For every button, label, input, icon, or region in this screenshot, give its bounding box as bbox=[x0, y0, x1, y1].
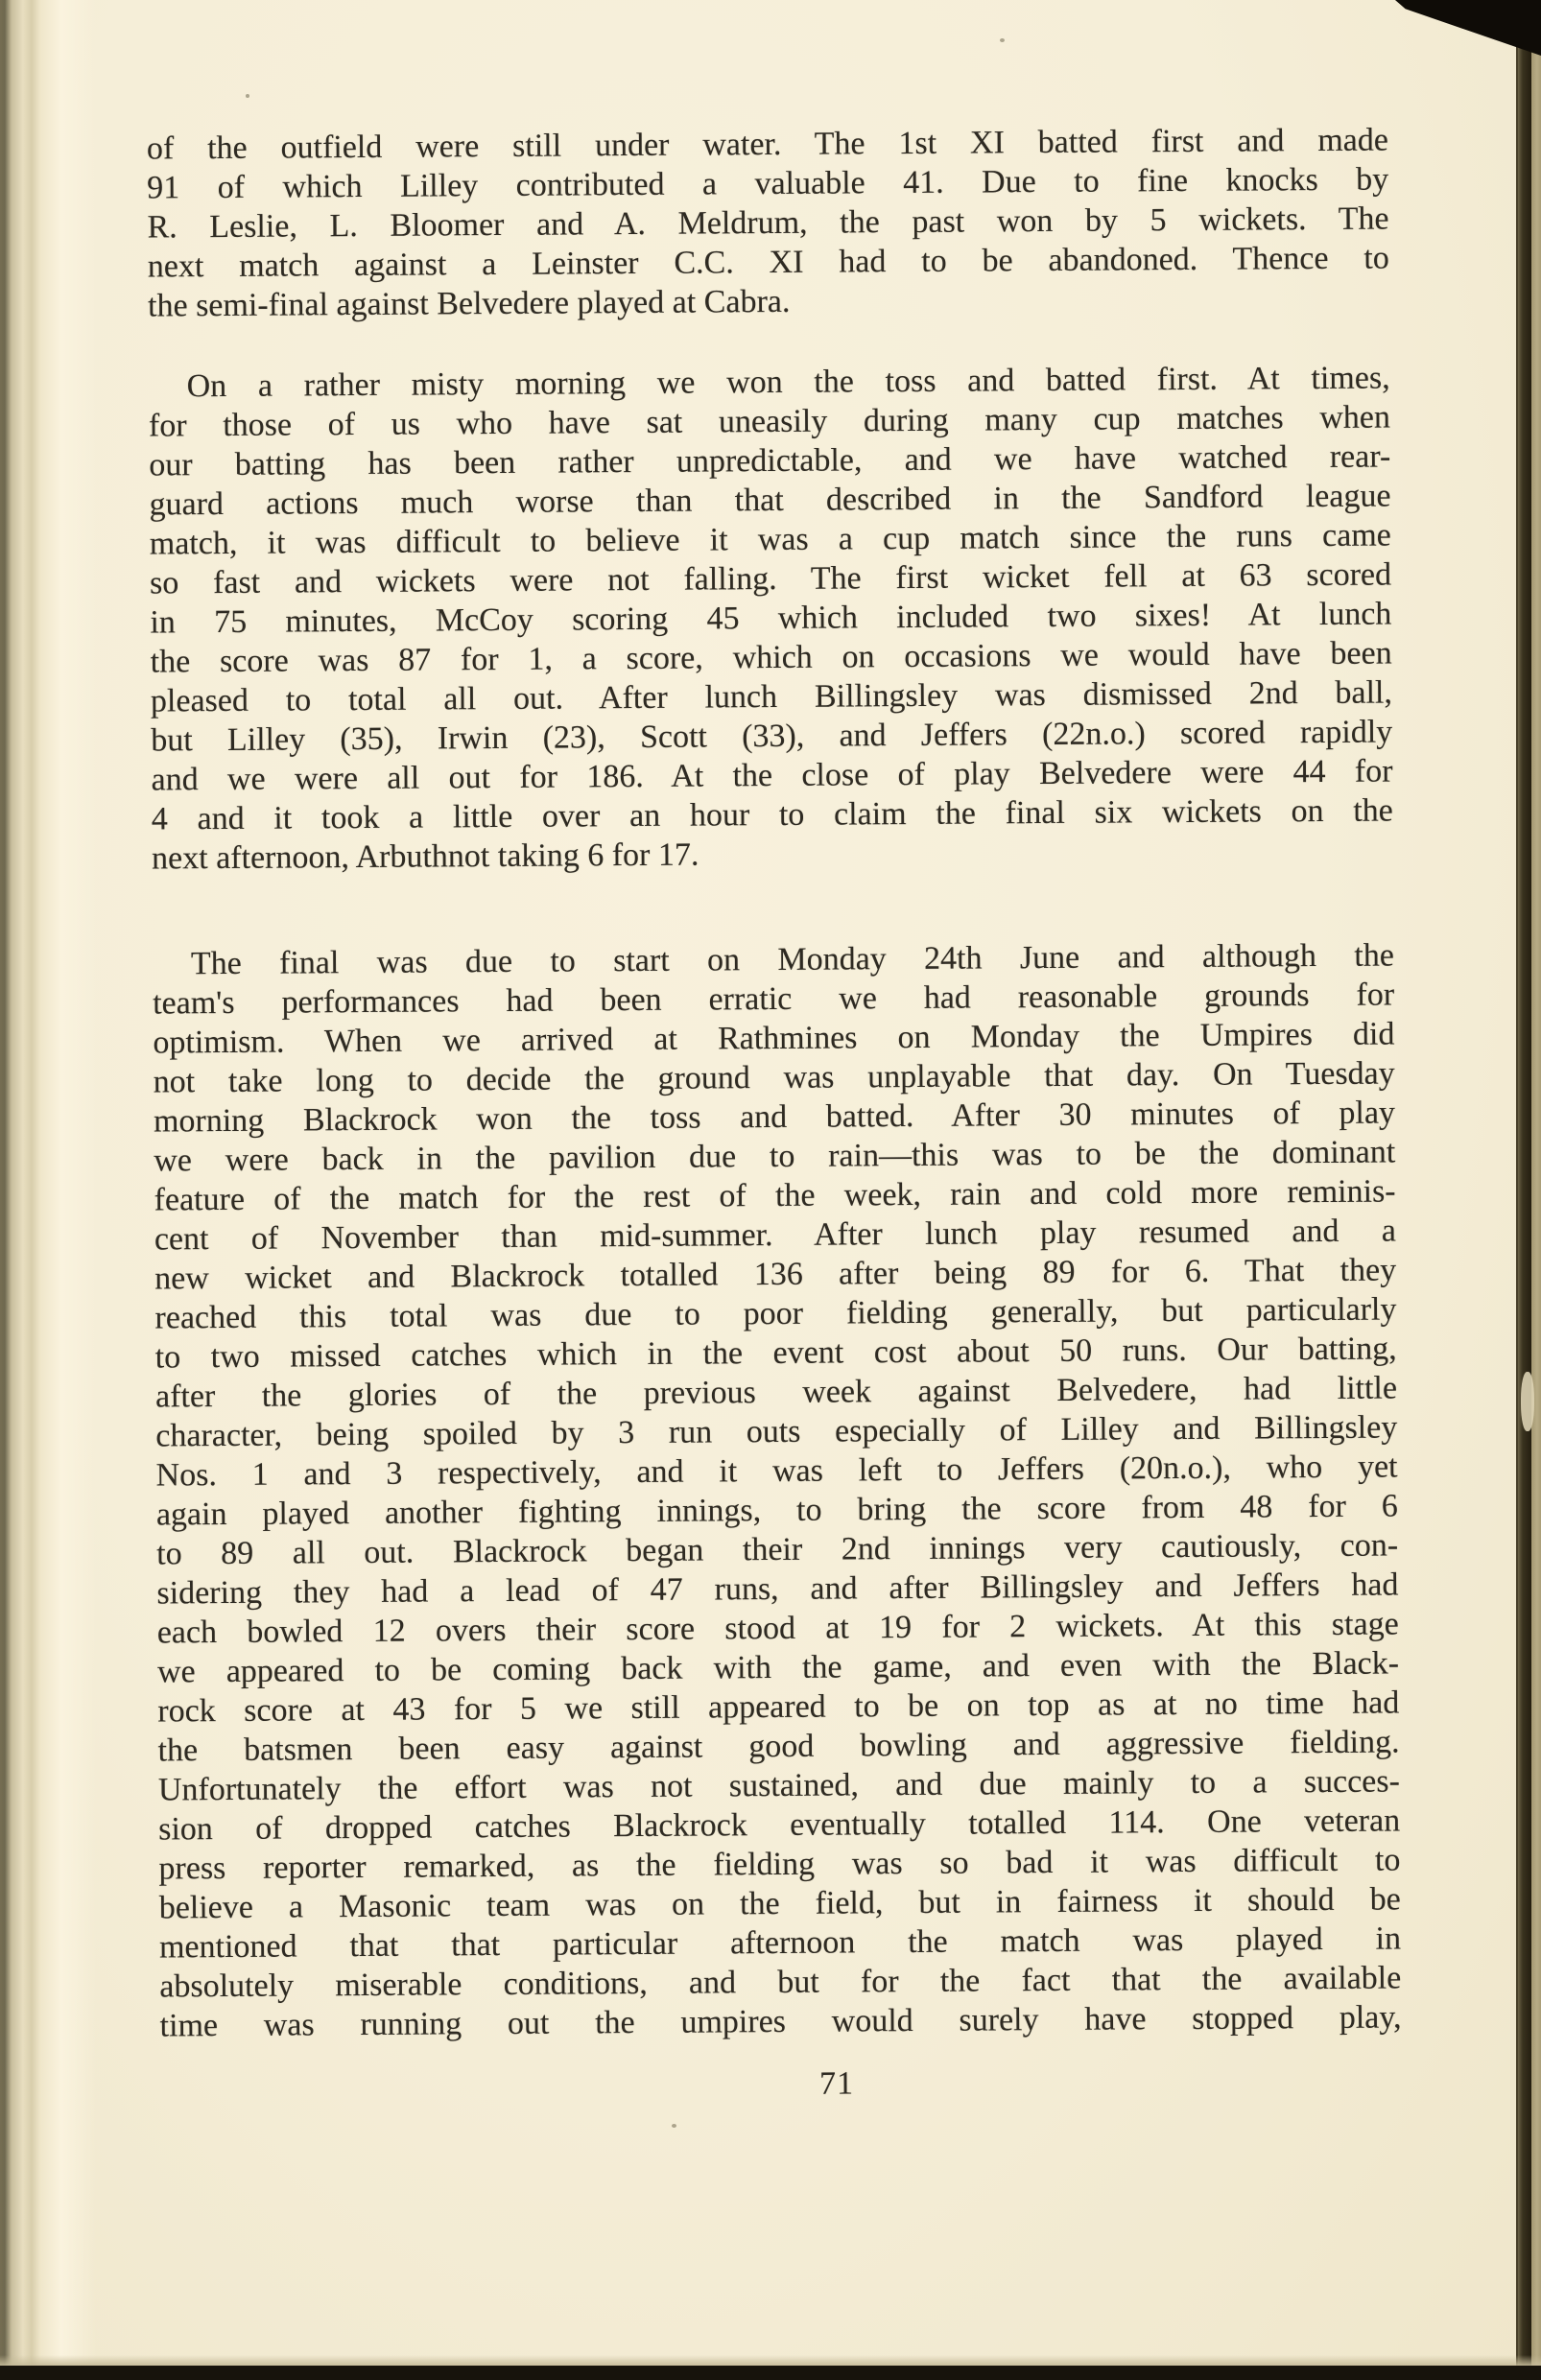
paper-speck bbox=[1276, 1115, 1280, 1118]
scanner-right-margin bbox=[1530, 0, 1541, 2380]
page-text: of the outfield were still under water. … bbox=[146, 0, 1402, 2108]
text-line: the semi-final against Belvedere played … bbox=[148, 277, 1389, 325]
paper-speck bbox=[672, 2124, 676, 2128]
page-number: 71 bbox=[216, 2060, 1458, 2108]
paragraph: On a rather misty morning we won the tos… bbox=[149, 358, 1394, 878]
text-line: next afternoon, Arbuthnot taking 6 for 1… bbox=[152, 830, 1393, 878]
text-line: time was running out the umpires would s… bbox=[159, 1997, 1401, 2045]
paragraph: The final was due to start on Monday 24t… bbox=[153, 935, 1402, 2045]
page-right-edge bbox=[1516, 0, 1531, 2380]
book-bottom-edge bbox=[0, 2366, 1541, 2380]
page-edge-highlight bbox=[1521, 1372, 1534, 1431]
top-right-corner-shadow bbox=[1395, 0, 1541, 56]
paper-speck bbox=[246, 94, 249, 98]
paper-speck bbox=[1000, 38, 1005, 42]
left-binding-gutter bbox=[0, 0, 96, 2380]
book-page-scan: of the outfield were still under water. … bbox=[0, 0, 1541, 2380]
paragraph: of the outfield were still under water. … bbox=[147, 121, 1389, 326]
